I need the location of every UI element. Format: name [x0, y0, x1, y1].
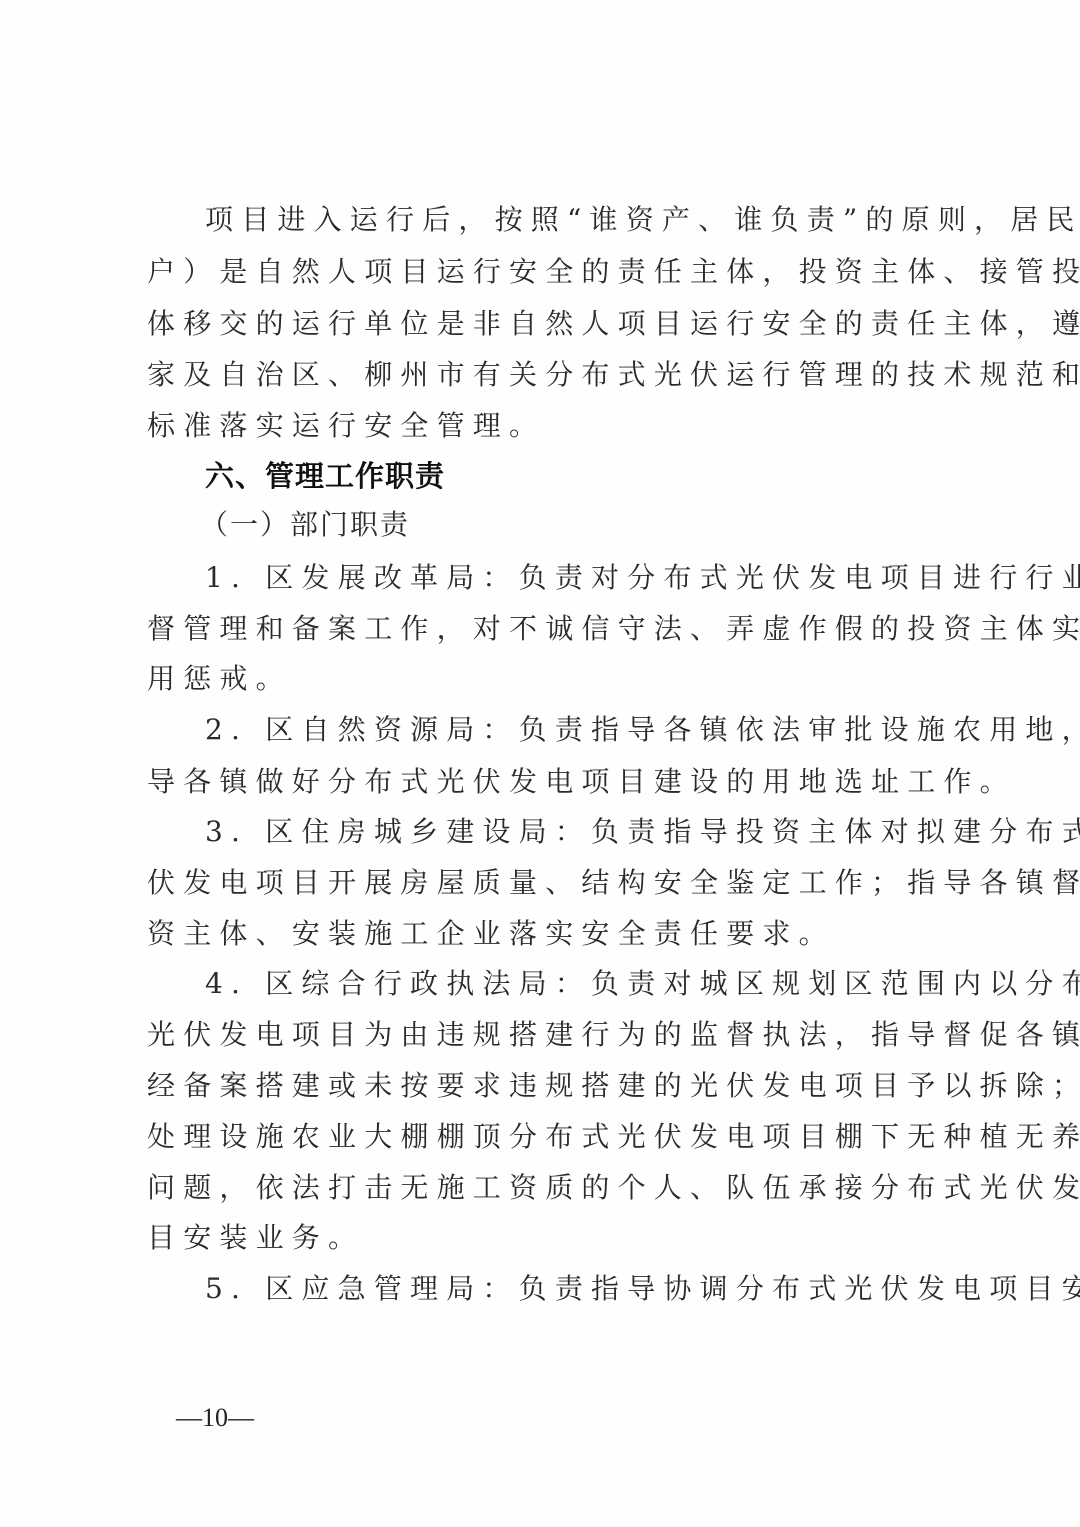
- item-4-line: 4. 区综合行政执法局：负责对城区规划区范围内以分布式: [205, 964, 1005, 1004]
- paragraph-line: 项目进入运行后，按照“谁资产、谁负责”的原则，居民（农: [205, 200, 1005, 240]
- item-4-line: 目安装业务。: [147, 1218, 947, 1258]
- item-4-line: 问题，依法打击无施工资质的个人、队伍承接分布式光伏发电项: [147, 1168, 947, 1208]
- item-2-line: 导各镇做好分布式光伏发电项目建设的用地选址工作。: [147, 762, 947, 802]
- item-2-line: 2. 区自然资源局：负责指导各镇依法审批设施农用地，指: [205, 710, 1005, 750]
- item-3-line: 3. 区住房城乡建设局：负责指导投资主体对拟建分布式光: [205, 812, 1005, 852]
- item-4-line: 光伏发电项目为由违规搭建行为的监督执法，指导督促各镇对未: [147, 1015, 947, 1055]
- item-5-line: 5. 区应急管理局：负责指导协调分布式光伏发电项目安装: [205, 1269, 1005, 1309]
- paragraph-line: 户）是自然人项目运行安全的责任主体，投资主体、接管投资主: [147, 252, 947, 292]
- subsection-heading: （一）部门职责: [200, 505, 1000, 545]
- item-4-line: 经备案搭建或未按要求违规搭建的光伏发电项目予以拆除；依法: [147, 1066, 947, 1106]
- item-4-line: 处理设施农业大棚棚顶分布式光伏发电项目棚下无种植无养殖: [147, 1117, 947, 1157]
- item-1-line: 用惩戒。: [147, 659, 947, 699]
- item-3-line: 伏发电项目开展房屋质量、结构安全鉴定工作；指导各镇督促投: [147, 863, 947, 903]
- document-page: 项目进入运行后，按照“谁资产、谁负责”的原则，居民（农 户）是自然人项目运行安全…: [0, 0, 1080, 1527]
- paragraph-line: 家及自治区、柳州市有关分布式光伏运行管理的技术规范和服务: [147, 355, 947, 395]
- item-1-line: 1. 区发展改革局：负责对分布式光伏发电项目进行行业监: [205, 558, 1005, 598]
- section-heading: 六、管理工作职责: [205, 456, 1005, 496]
- paragraph-line: 标准落实运行安全管理。: [147, 406, 947, 446]
- item-3-line: 资主体、安装施工企业落实安全责任要求。: [147, 914, 947, 954]
- paragraph-line: 体移交的运行单位是非自然人项目运行安全的责任主体，遵循国: [147, 304, 947, 344]
- page-number: —10—: [176, 1403, 254, 1433]
- item-1-line: 督管理和备案工作，对不诚信守法、弄虚作假的投资主体实施信: [147, 609, 947, 649]
